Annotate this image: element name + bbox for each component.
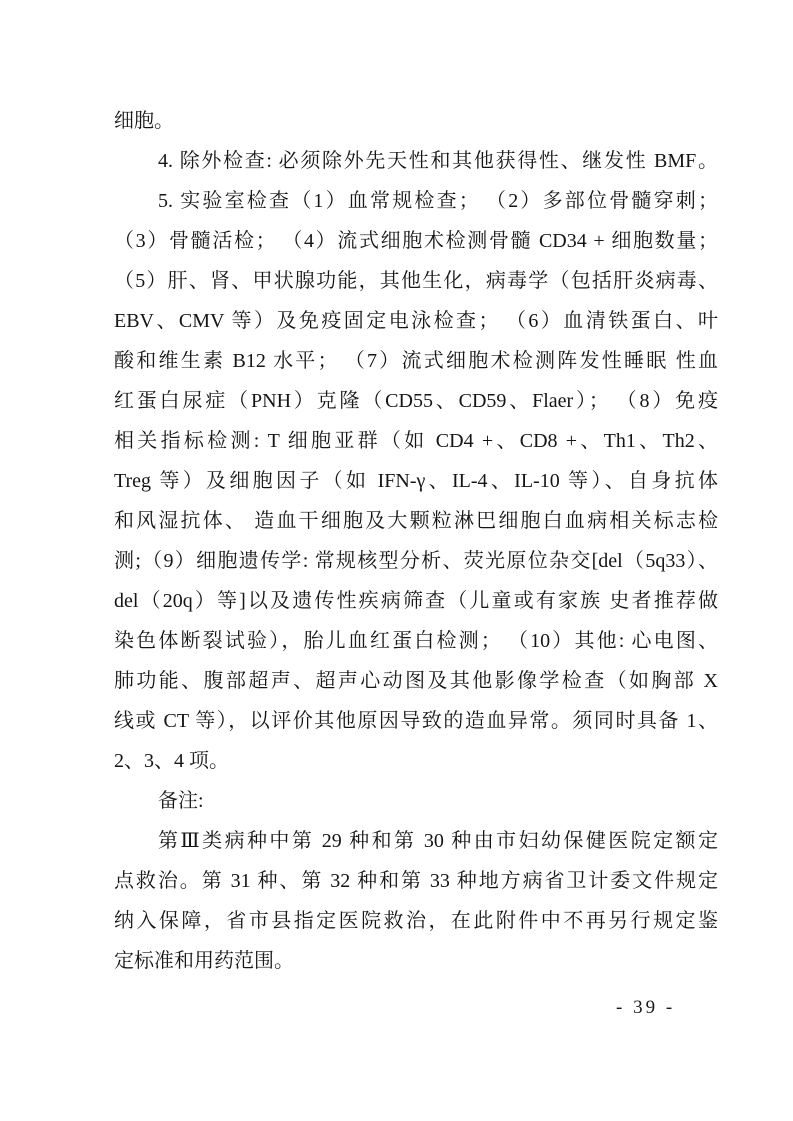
document-page: 细胞。4. 除外检查: 必须除外先天性和其他获得性、继发性 BMF。5. 实验室…	[0, 0, 793, 1121]
text-line: 细胞。	[114, 101, 718, 141]
text-line: 染色体断裂试验），胎儿血红蛋白检测； （10）其他: 心电图、	[114, 621, 718, 661]
text-line: 酸和维生素 B12 水平； （7）流式细胞术检测阵发性睡眠 性血	[114, 341, 718, 381]
text-line: 相关指标检测: T 细胞亚群（如 CD4 +、CD8 +、Th1、Th2、	[114, 421, 718, 461]
text-line: 4. 除外检查: 必须除外先天性和其他获得性、继发性 BMF。	[114, 141, 718, 181]
text-line: 第Ⅲ类病种中第 29 种和第 30 种由市妇幼保健医院定额定	[114, 821, 718, 861]
text-block: 细胞。4. 除外检查: 必须除外先天性和其他获得性、继发性 BMF。5. 实验室…	[114, 101, 718, 981]
text-line: 定标准和用药范围。	[114, 941, 718, 981]
text-line: 线或 CT 等），以评价其他原因导致的造血异常。须同时具备 1、	[114, 701, 718, 741]
text-line: 2、3、4 项。	[114, 741, 718, 781]
text-line: 测;（9）细胞遗传学: 常规核型分析、荧光原位杂交[del（5q33）、	[114, 541, 718, 581]
text-line: 红蛋白尿症（PNH）克隆（CD55、CD59、Flaer）； （8）免疫	[114, 381, 718, 421]
text-line: 5. 实验室检查（1）血常规检查； （2）多部位骨髓穿刺；	[114, 181, 718, 221]
text-line: （3）骨髓活检； （4）流式细胞术检测骨髓 CD34 + 细胞数量；	[114, 221, 718, 261]
text-line: del（20q）等]以及遗传性疾病筛查（儿童或有家族 史者推荐做	[114, 581, 718, 621]
text-line: 肺功能、腹部超声、超声心动图及其他影像学检查（如胸部 X	[114, 661, 718, 701]
text-line: 纳入保障，省市县指定医院救治，在此附件中不再另行规定鉴	[114, 901, 718, 941]
text-line: EBV、CMV 等）及免疫固定电泳检查； （6）血清铁蛋白、叶	[114, 301, 718, 341]
text-line: 点救治。第 31 种、第 32 种和第 33 种地方病省卫计委文件规定	[114, 861, 718, 901]
text-line: 备注:	[114, 781, 718, 821]
text-line: （5）肝、肾、甲状腺功能，其他生化，病毒学（包括肝炎病毒、	[114, 261, 718, 301]
text-line: 和风湿抗体、 造血干细胞及大颗粒淋巴细胞白血病相关标志检	[114, 501, 718, 541]
text-line: Treg 等）及细胞因子（如 IFN-γ、IL-4、IL-10 等）、自身抗体	[114, 461, 718, 501]
page-number: - 39 -	[616, 996, 675, 1020]
